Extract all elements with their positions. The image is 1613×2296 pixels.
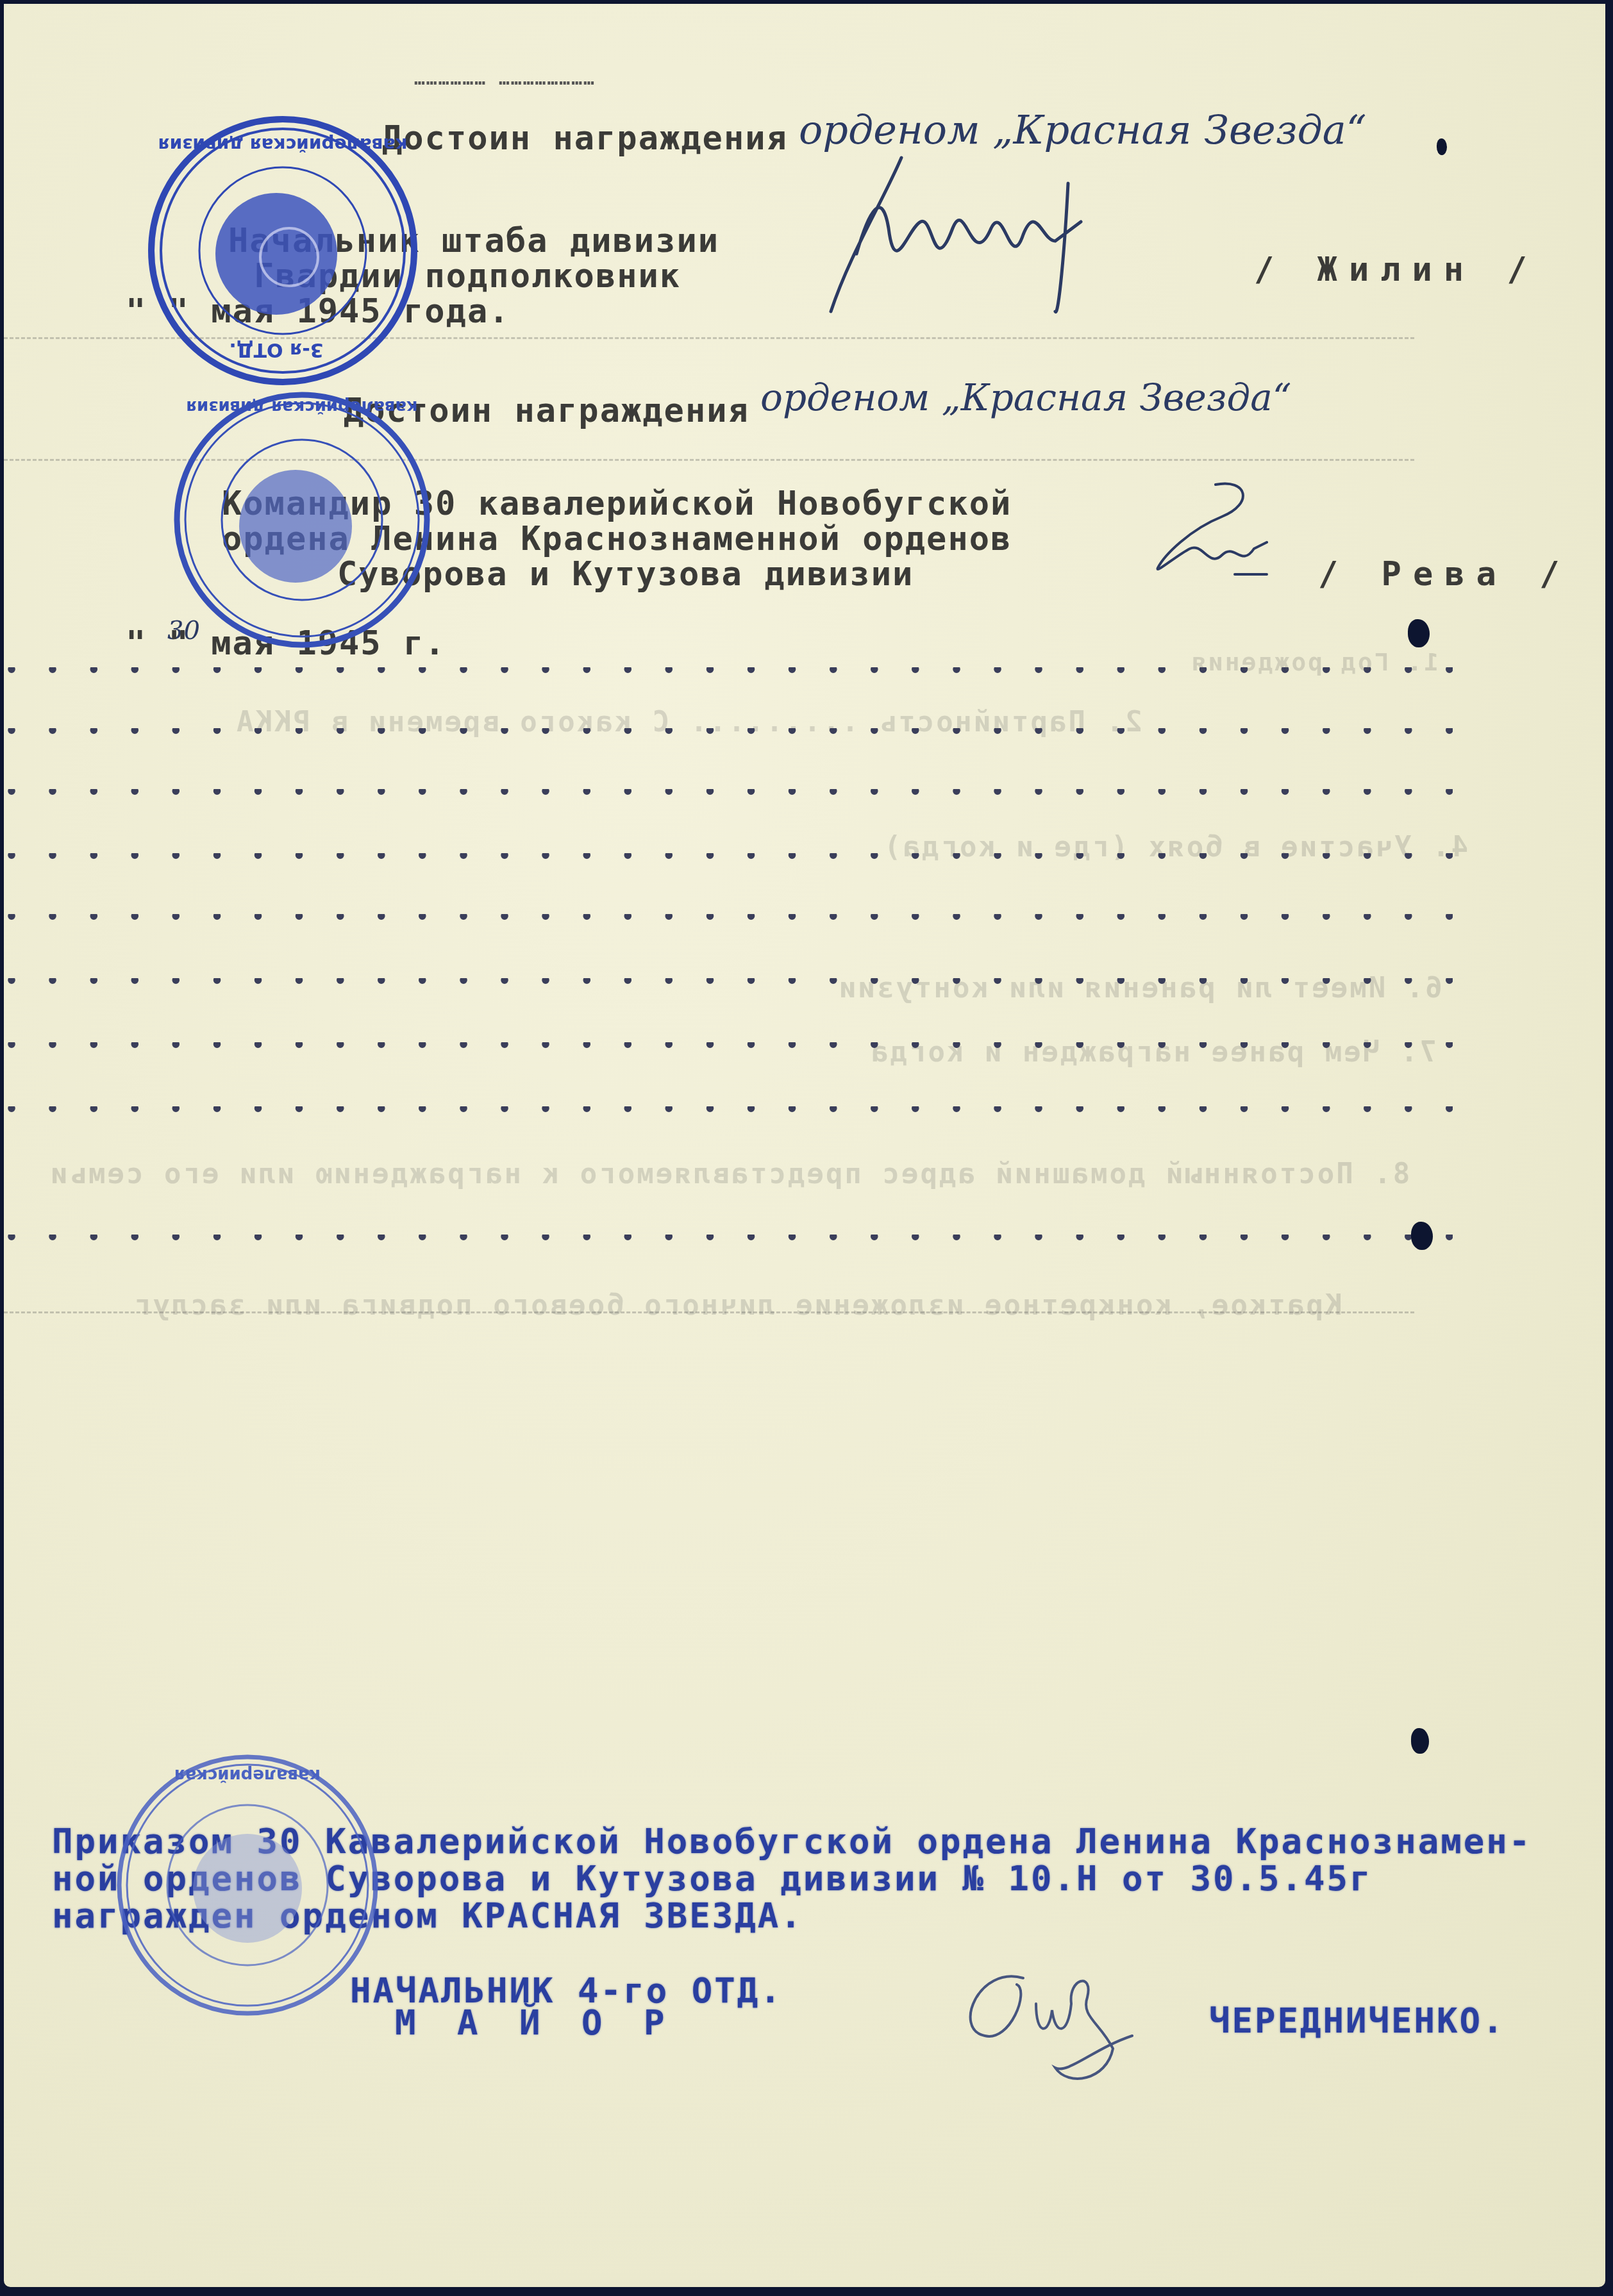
- dotted-line: ••••••••••••••••••••••••••••••••••••••••…: [4, 1235, 1453, 1241]
- bleed-through-line: 1. Год рождения: [1190, 648, 1439, 676]
- bleed-through-line: Краткое, конкретное изложение личного бо…: [132, 1289, 1342, 1322]
- dotted-line: ••••••••••••••••••••••••••••••••••••••••…: [4, 1106, 1453, 1113]
- dotted-line: ••••••••••••••••••••••••••••••••••••••••…: [4, 978, 1453, 985]
- block2-signer-name: / Рева /: [1318, 555, 1571, 594]
- dotted-line: ••••••••••••••••••••••••••••••••••••••••…: [4, 914, 1453, 920]
- block1-signer-name: / Жилин /: [1254, 251, 1539, 289]
- dotted-line: ••••••••••••••••••••••••••••••••••••••••…: [4, 1042, 1453, 1049]
- seal-stamp-middle: кавалерийская дивизия: [167, 385, 437, 654]
- header-fragment: ……………… ……………………: [414, 68, 596, 89]
- signature-zhilin: [812, 151, 1196, 318]
- block1-worthy-handwritten: орденом „Красная Звезда“: [799, 106, 1367, 153]
- seal-stamp-bottom: кавалерийская: [110, 1747, 385, 2023]
- stamp-text-top: 3-я ОТД.: [229, 338, 323, 361]
- svg-text:кавалерийская дивизия: кавалерийская дивизия: [158, 134, 408, 155]
- signature-reva: [1139, 478, 1305, 581]
- punch-hole: [1411, 1222, 1433, 1250]
- order-chief-rank: М А Й О Р: [395, 2002, 675, 2043]
- bleed-through-line: 8. Постоянный домашний адрес представляе…: [49, 1158, 1410, 1190]
- punch-hole: [1408, 619, 1430, 647]
- svg-text:кавалерийская дивизия: кавалерийская дивизия: [186, 397, 417, 416]
- dotted-line: ••••••••••••••••••••••••••••••••••••••••…: [4, 789, 1453, 795]
- punch-hole: [1411, 1728, 1429, 1754]
- signature-cherednichenko: [940, 1952, 1171, 2100]
- block2-worthy-handwritten: орденом „Красная Звезда“: [760, 376, 1291, 419]
- block1-worthy-label: Достоин награждения: [382, 119, 788, 158]
- bleed-through-line: 6. Имеет ли ранения или контузии: [837, 972, 1442, 1004]
- divider: [4, 1311, 1414, 1313]
- svg-text:кавалерийская: кавалерийская: [174, 1765, 321, 1784]
- bleed-through-line: 7. Чем ранее награжден и когда: [869, 1036, 1437, 1069]
- order-chief-name: ЧЕРЕДНИЧЕНКО.: [1209, 2001, 1505, 2041]
- document-page: ……………… …………………… Достоин награждения орде…: [4, 4, 1605, 2287]
- seal-stamp-top: 3-я ОТД. кавалерийская дивизия: [142, 110, 424, 392]
- punch-hole: [1437, 138, 1447, 155]
- dotted-line: ••••••••••••••••••••••••••••••••••••••••…: [4, 853, 1453, 860]
- dotted-line: ••••••••••••••••••••••••••••••••••••••••…: [4, 728, 1453, 735]
